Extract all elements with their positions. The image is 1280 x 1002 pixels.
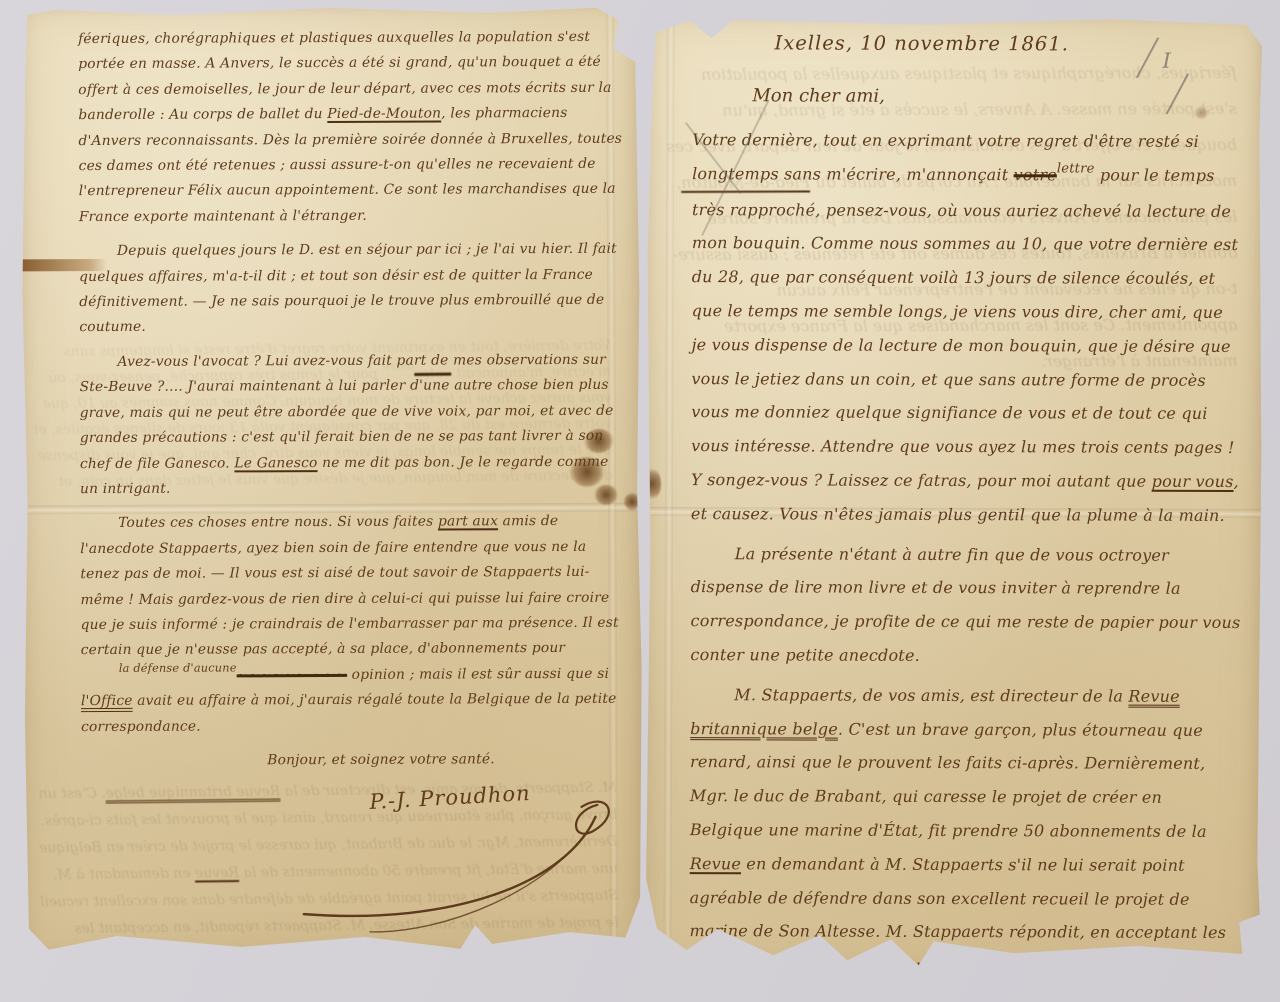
text-segment: Pied-de-Mouton — [327, 106, 441, 122]
text-segment: amis de l'anecdote Stappaerts, ayez bien… — [80, 513, 618, 658]
letter-body-right: Votre dernière, tout en exprimant votre … — [689, 123, 1242, 990]
text-segment: lettre — [1057, 152, 1095, 186]
text-segment: votre — [1014, 165, 1057, 184]
text-segment: pour le temps très rapproché, pensez-vou… — [691, 165, 1238, 490]
text-segment: La présente n'étant à autre fin que de v… — [690, 544, 1240, 665]
scan-photo: { "scan": { "background_color": "#d3d1d6… — [0, 0, 1280, 1002]
text-segment: Toutes ces choses entre nous. Si vous fa… — [118, 514, 438, 531]
paragraph: Toutes ces choses entre nous. Si vous fa… — [80, 509, 627, 740]
ink-stain — [641, 467, 661, 501]
text-segment: avait eu affaire à moi, j'aurais régalé … — [81, 691, 616, 735]
pencil-page-number: I — [1142, 35, 1202, 125]
paragraph: Votre dernière, tout en exprimant votre … — [691, 123, 1242, 532]
text-segment: l'Office — [81, 693, 133, 709]
text-segment: part aux — [438, 514, 498, 530]
ink-stain — [624, 493, 640, 511]
text-segment: ~~~~~~ ~~~ — [237, 667, 348, 683]
text-segment: Revue — [690, 854, 741, 873]
pencil-stroke — [1136, 37, 1159, 78]
text-segment: pour vous — [1152, 472, 1234, 491]
text-segment: Revue britannique belge — [106, 784, 281, 802]
paragraph: féeriques, chorégraphiques et plastiques… — [78, 25, 625, 231]
dateline: Ixelles, 10 novembre 1861. — [775, 31, 1069, 55]
paragraph: Avez-vous l'avocat ? Lui avez-vous fait … — [79, 348, 626, 503]
text-segment: , les pharmaciens d'Anvers reconnaissant… — [78, 105, 622, 225]
text-segment: Revue — [195, 865, 239, 881]
letter-page-left: Votre dernière, tout en exprimant votre … — [20, 5, 644, 958]
page-mark: I — [1162, 49, 1170, 73]
pencil-stroke — [1166, 73, 1189, 114]
letter-body-left: féeriques, chorégraphiques et plastiques… — [78, 25, 627, 775]
letter-page-right: féeriques, chorégraphiques et plastiques… — [643, 15, 1264, 977]
text-segment: Le Ganesco — [234, 455, 317, 471]
text-segment: Depuis quelques jours le D. est en séjou… — [79, 241, 617, 336]
text-segment: opinion ; mais il est sûr aussi que si — [347, 666, 609, 683]
paragraph: M. Stappaerts, de vos amis, est directeu… — [689, 678, 1240, 984]
ink-stain — [1194, 107, 1208, 119]
text-segment: M. Stappaerts, de vos amis, est directeu… — [734, 685, 1128, 705]
paragraph: Depuis quelques jours le D. est en séjou… — [79, 237, 625, 341]
signature-flourish — [273, 773, 634, 955]
text-segment: en demandant à M. Stappaerts s'il ne lui… — [689, 854, 1226, 975]
salutation: Mon cher ami, — [752, 85, 885, 106]
fold-crease — [663, 15, 674, 975]
paragraph: La présente n'étant à autre fin que de v… — [690, 537, 1240, 674]
signature-block: P.-J. Proudhon — [273, 773, 634, 955]
text-segment: la défense d'aucune — [81, 655, 237, 681]
closing-line: Bonjour, et soignez votre santé. — [229, 747, 627, 774]
